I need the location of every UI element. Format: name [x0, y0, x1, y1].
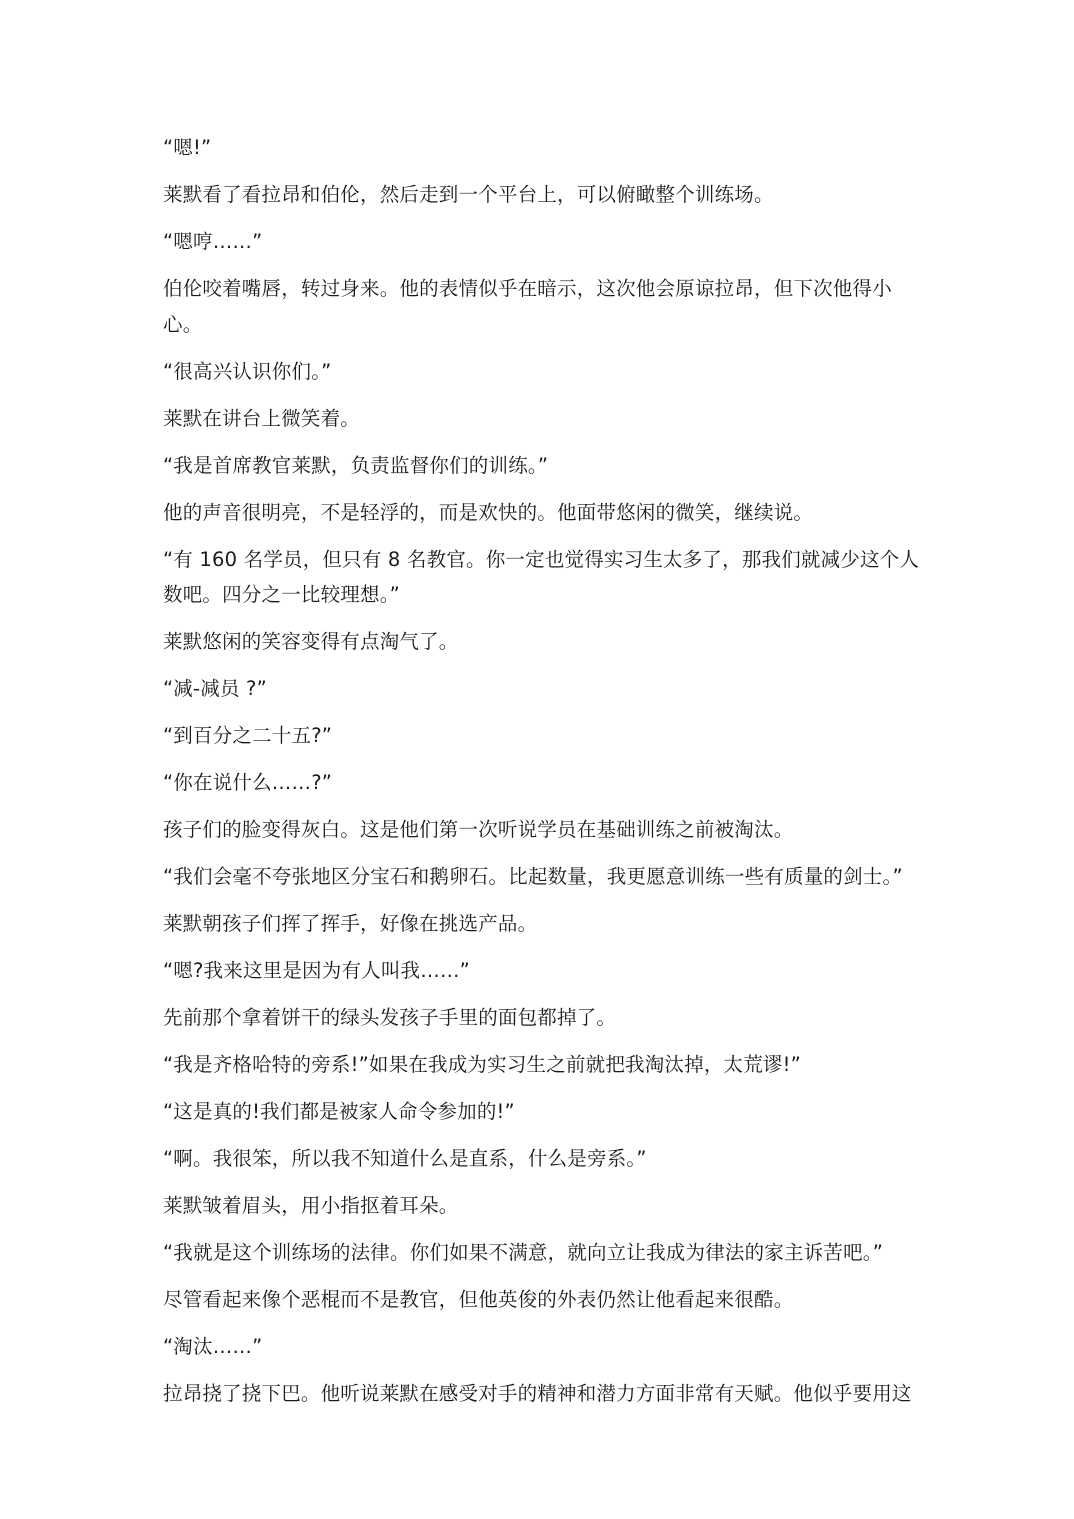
paragraph: “嗯!”	[163, 130, 923, 166]
document-page: “嗯!” 莱默看了看拉昂和伯伦，然后走到一个平台上，可以俯瞰整个训练场。 “嗯哼…	[163, 130, 923, 1423]
paragraph: 莱默朝孩子们挥了挥手，好像在挑选产品。	[163, 906, 923, 942]
paragraph: 伯伦咬着嘴唇，转过身来。他的表情似乎在暗示，这次他会原谅拉昂，但下次他得小心。	[163, 271, 923, 342]
paragraph: “淘汰……”	[163, 1329, 923, 1365]
paragraph: 他的声音很明亮，不是轻浮的，而是欢快的。他面带悠闲的微笑，继续说。	[163, 495, 923, 531]
paragraph: 莱默看了看拉昂和伯伦，然后走到一个平台上，可以俯瞰整个训练场。	[163, 177, 923, 213]
paragraph: “啊。我很笨，所以我不知道什么是直系，什么是旁系。”	[163, 1141, 923, 1177]
paragraph: “嗯?我来这里是因为有人叫我……”	[163, 953, 923, 989]
paragraph: “我是齐格哈特的旁系!”如果在我成为实习生之前就把我淘汰掉，太荒谬!”	[163, 1047, 923, 1083]
paragraph: “嗯哼……”	[163, 224, 923, 260]
paragraph: “有 160 名学员，但只有 8 名教官。你一定也觉得实习生太多了，那我们就减少…	[163, 542, 923, 613]
paragraph: “我就是这个训练场的法律。你们如果不满意，就向立让我成为律法的家主诉苦吧。”	[163, 1235, 923, 1271]
paragraph: 莱默在讲台上微笑着。	[163, 401, 923, 437]
paragraph: “我是首席教官莱默，负责监督你们的训练。”	[163, 448, 923, 484]
paragraph: “很高兴认识你们。”	[163, 354, 923, 390]
paragraph: “减-减员 ?”	[163, 671, 923, 707]
paragraph: “我们会毫不夸张地区分宝石和鹅卵石。比起数量，我更愿意训练一些有质量的剑士。”	[163, 859, 923, 895]
paragraph: 莱默皱着眉头，用小指抠着耳朵。	[163, 1188, 923, 1224]
paragraph: 先前那个拿着饼干的绿头发孩子手里的面包都掉了。	[163, 1000, 923, 1036]
paragraph: 尽管看起来像个恶棍而不是教官，但他英俊的外表仍然让他看起来很酷。	[163, 1282, 923, 1318]
paragraph: “你在说什么……?”	[163, 765, 923, 801]
paragraph: “到百分之二十五?”	[163, 718, 923, 754]
paragraph: “这是真的!我们都是被家人命令参加的!”	[163, 1094, 923, 1130]
paragraph: 拉昂挠了挠下巴。他听说莱默在感受对手的精神和潜力方面非常有天赋。他似乎要用这	[163, 1376, 923, 1412]
paragraph: 莱默悠闲的笑容变得有点淘气了。	[163, 624, 923, 660]
paragraph: 孩子们的脸变得灰白。这是他们第一次听说学员在基础训练之前被淘汰。	[163, 812, 923, 848]
